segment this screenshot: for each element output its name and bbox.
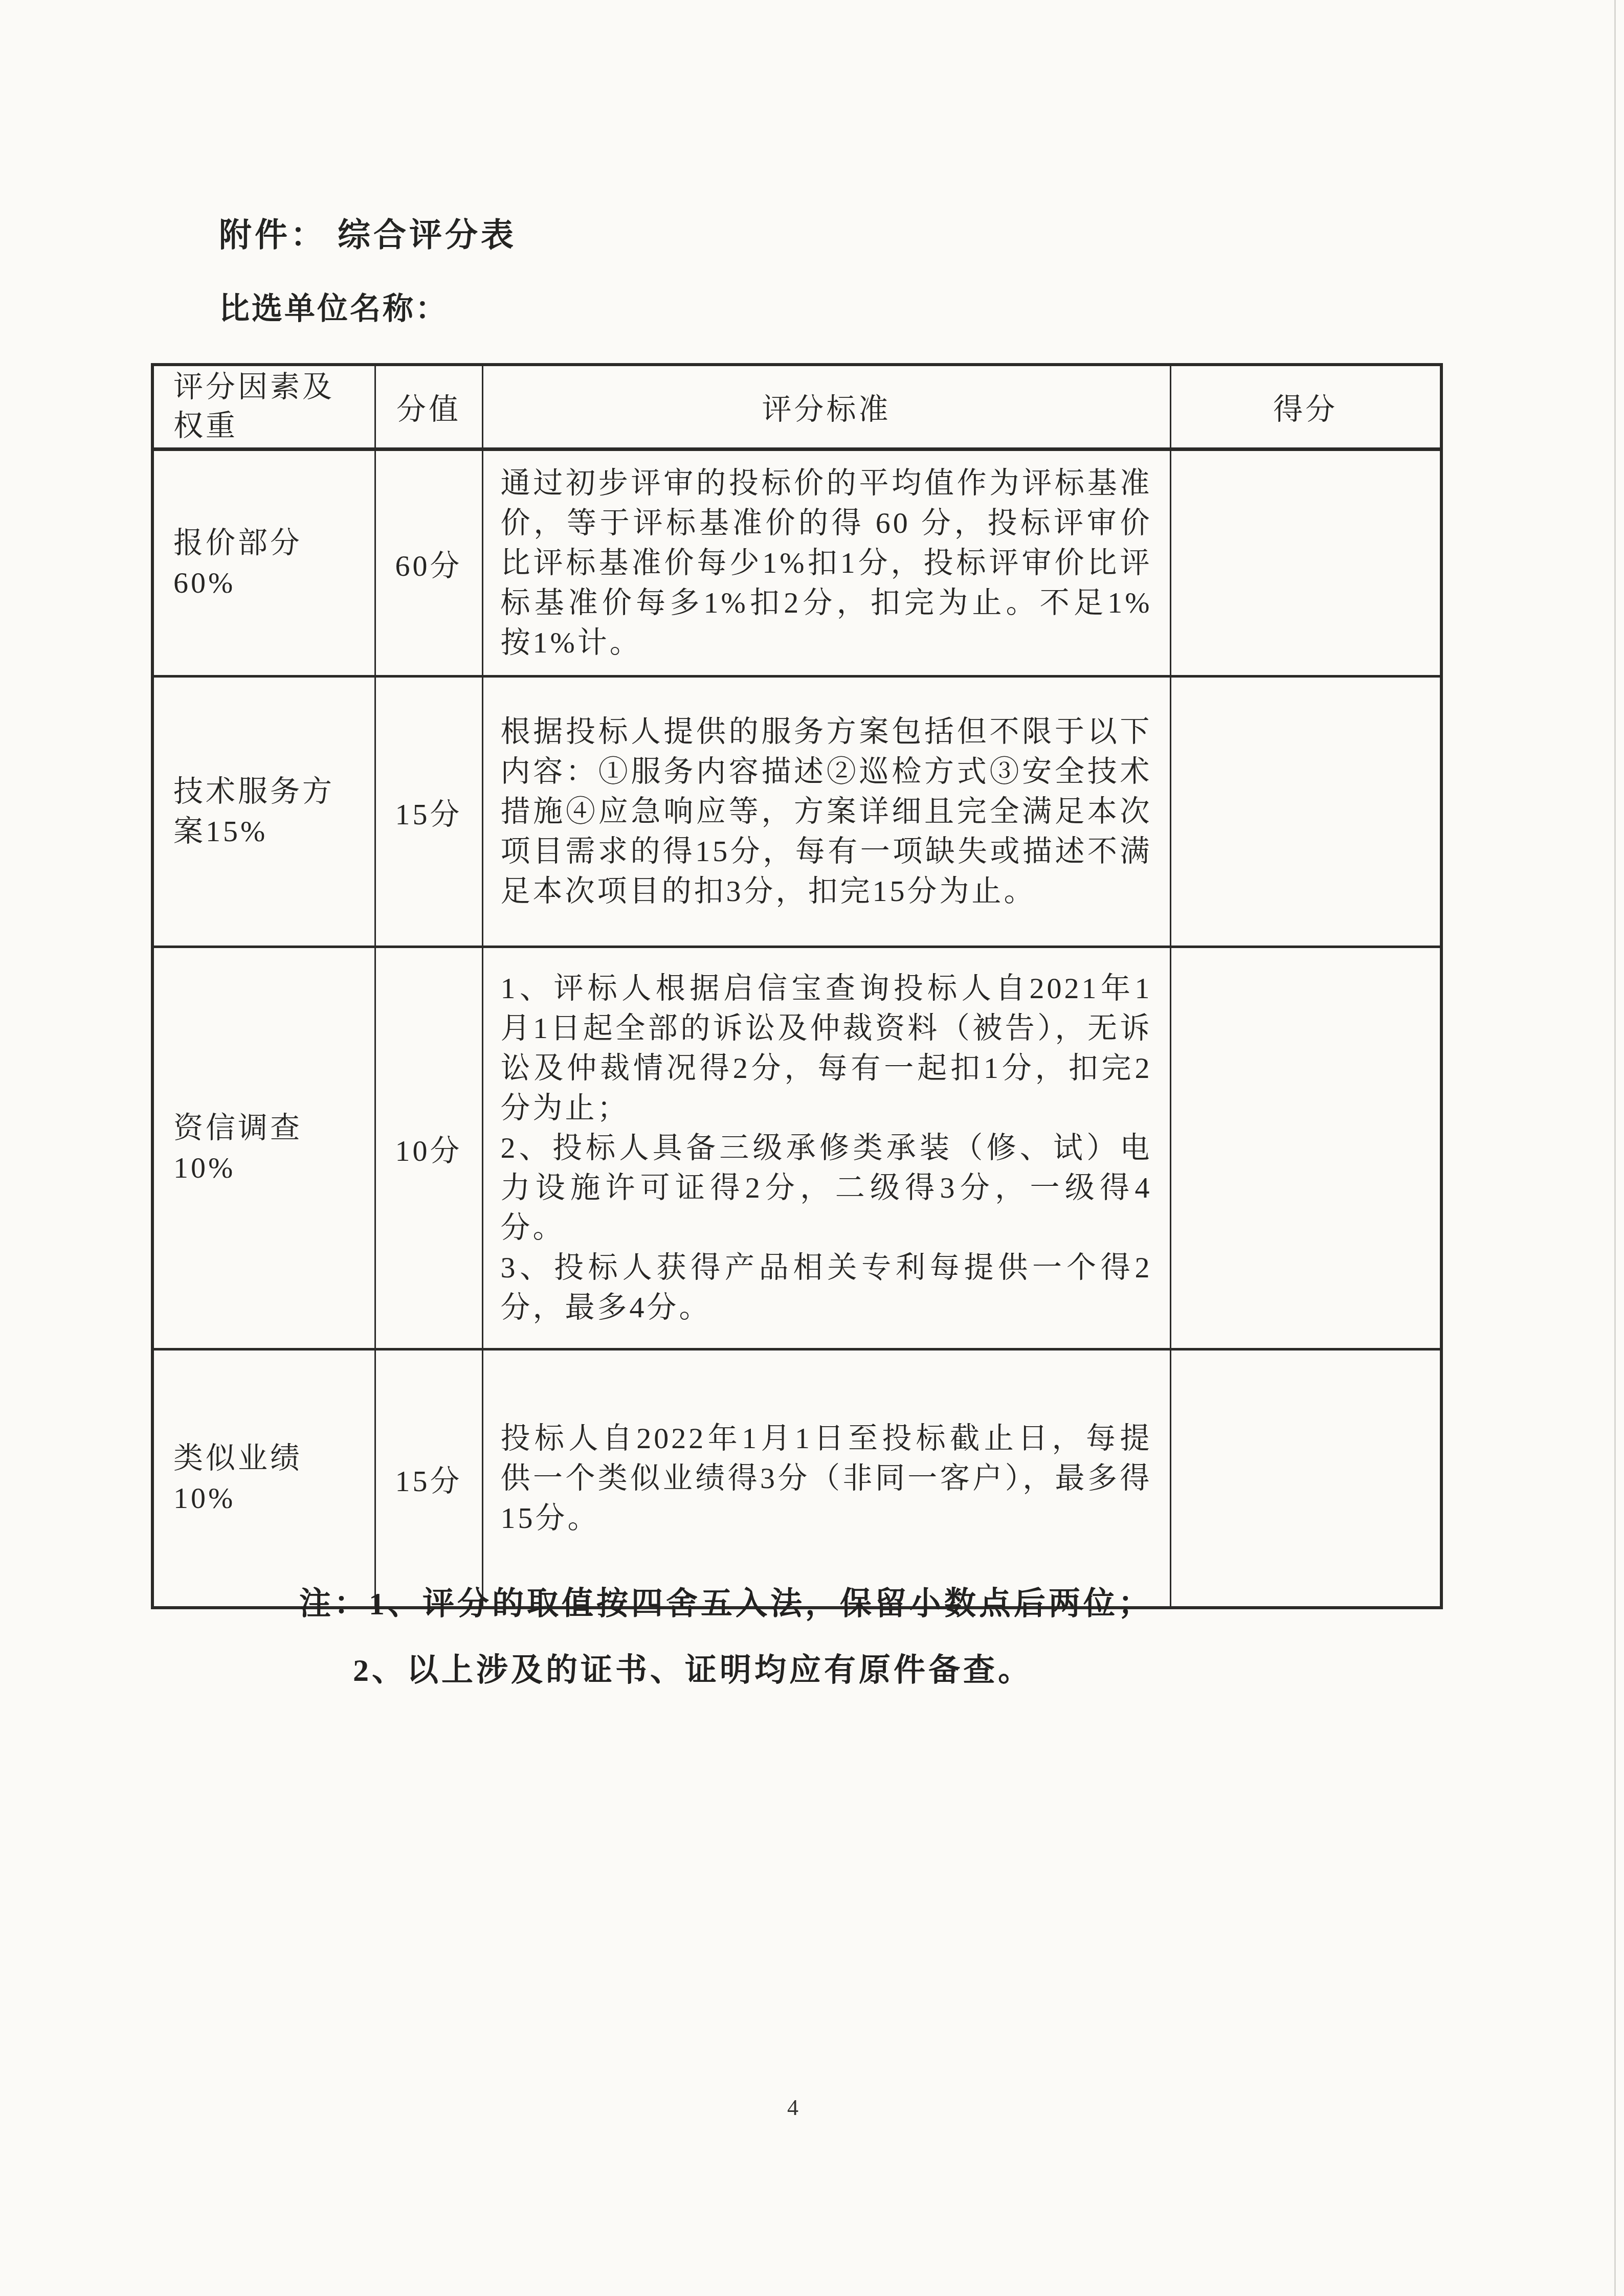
score-value-cell: 10分 (375, 947, 482, 1349)
table-header-row: 评分因素及 权重 分值 评分标准 得分 (152, 365, 1441, 449)
score-cell (1170, 1349, 1441, 1608)
note-line-2: 2、以上涉及的证书、证明均应有原件备查。 (353, 1650, 1033, 1692)
note-line-1: 注：1、评分的取值按四舍五入法，保留小数点后两位； (299, 1583, 1153, 1625)
scan-edge-artifact (1614, 0, 1616, 2296)
score-value-cell: 15分 (375, 1349, 482, 1608)
score-cell (1170, 676, 1441, 947)
scoring-table: 评分因素及 权重 分值 评分标准 得分 报价部分60%60分通过初步评审的投标价… (151, 363, 1443, 1609)
table-row: 资信调查10%10分1、评标人根据启信宝查询投标人自2021年1月1日起全部的诉… (152, 947, 1441, 1349)
col-header-criteria: 评分标准 (482, 365, 1170, 449)
factor-cell: 技术服务方 案15% (152, 676, 375, 947)
criteria-cell: 投标人自2022年1月1日至投标截止日，每提供一个类似业绩得3分（非同一客户），… (482, 1349, 1170, 1608)
score-cell (1170, 449, 1441, 676)
col-header-factor-weight: 评分因素及 权重 (152, 365, 375, 449)
criteria-cell: 1、评标人根据启信宝查询投标人自2021年1月1日起全部的诉讼及仲裁资料（被告）… (482, 947, 1170, 1349)
col-header-score: 得分 (1170, 365, 1441, 449)
score-value-cell: 15分 (375, 676, 482, 947)
table-row: 报价部分60%60分通过初步评审的投标价的平均值作为评标基准价，等于评标基准价的… (152, 449, 1441, 676)
col-header-score-value: 分值 (375, 365, 482, 449)
criteria-cell: 通过初步评审的投标价的平均值作为评标基准价，等于评标基准价的得 60 分，投标评… (482, 449, 1170, 676)
page-number: 4 (762, 2095, 824, 2121)
scanned-document-page: 附件： 综合评分表 比选单位名称： 评分因素及 权重 分值 评分标准 得分 报价… (0, 0, 1624, 2296)
factor-cell: 资信调查10% (152, 947, 375, 1349)
factor-cell: 类似业绩10% (152, 1349, 375, 1608)
criteria-cell: 根据投标人提供的服务方案包括但不限于以下内容：①服务内容描述②巡检方式③安全技术… (482, 676, 1170, 947)
score-cell (1170, 947, 1441, 1349)
table-row: 类似业绩10%15分投标人自2022年1月1日至投标截止日，每提供一个类似业绩得… (152, 1349, 1441, 1608)
table-row: 技术服务方 案15%15分根据投标人提供的服务方案包括但不限于以下内容：①服务内… (152, 676, 1441, 947)
factor-cell: 报价部分60% (152, 449, 375, 676)
attachment-title: 附件： 综合评分表 (219, 209, 517, 256)
score-value-cell: 60分 (375, 449, 482, 676)
unit-name-label: 比选单位名称： (219, 284, 448, 328)
